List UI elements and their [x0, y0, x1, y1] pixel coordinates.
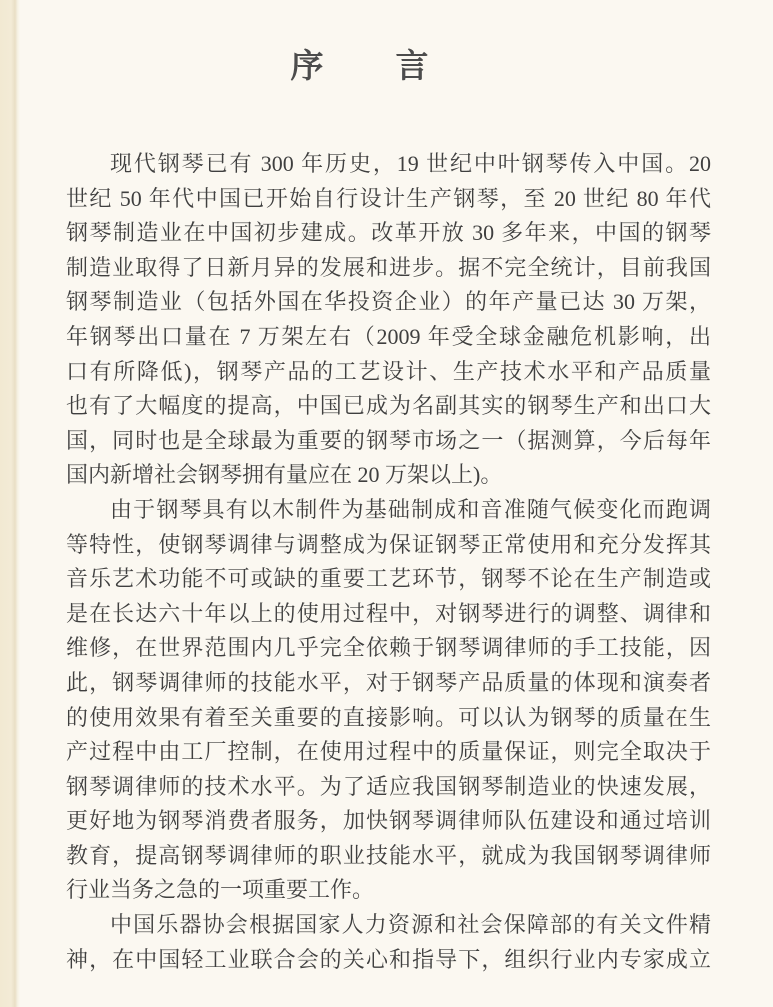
text-line: 国内新增社会钢琴拥有量应在 20 万架以上)。	[66, 458, 711, 493]
text-line: 现代钢琴已有 300 年历史，19 世纪中叶钢琴传入中国。20	[66, 147, 711, 182]
text-line: 也有了大幅度的提高，中国已成为名副其实的钢琴生产和出口大	[66, 389, 711, 424]
text-line: 此，钢琴调律师的技能水平，对于钢琴产品质量的体现和演奏者	[66, 666, 711, 701]
text-line: 教育，提高钢琴调律师的职业技能水平，就成为我国钢琴调律师	[66, 839, 711, 874]
text-line: 等特性，使钢琴调律与调整成为保证钢琴正常使用和充分发挥其	[66, 528, 711, 563]
text-line: 行业当务之急的一项重要工作。	[66, 873, 711, 908]
text-line: 年钢琴出口量在 7 万架左右（2009 年受全球金融危机影响，出	[66, 320, 711, 355]
text-line: 神，在中国轻工业联合会的关心和指导下，组织行业内专家成立	[66, 943, 711, 978]
text-line: 音乐艺术功能不可或缺的重要工艺环节，钢琴不论在生产制造或	[66, 562, 711, 597]
text-line: 的使用效果有着至关重要的直接影响。可以认为钢琴的质量在生	[66, 701, 711, 736]
scanned-book-page: 序 言 现代钢琴已有 300 年历史，19 世纪中叶钢琴传入中国。20 世纪 5…	[0, 0, 773, 1007]
page-binding-edge	[0, 0, 20, 1007]
text-line: 钢琴制造业在中国初步建成。改革开放 30 多年来，中国的钢琴	[66, 216, 711, 251]
text-line: 产过程中由工厂控制，在使用过程中的质量保证，则完全取决于	[66, 735, 711, 770]
body-text: 现代钢琴已有 300 年历史，19 世纪中叶钢琴传入中国。20 世纪 50 年代…	[66, 147, 711, 977]
text-line: 钢琴调律师的技术水平。为了适应我国钢琴制造业的快速发展，	[66, 770, 711, 805]
text-line: 由于钢琴具有以木制件为基础制成和音准随气候变化而跑调	[66, 493, 711, 528]
text-line: 制造业取得了日新月异的发展和进步。据不完全统计，目前我国	[66, 251, 711, 286]
text-line: 国，同时也是全球最为重要的钢琴市场之一（据测算，今后每年	[66, 424, 711, 459]
text-line: 钢琴制造业（包括外国在华投资企业）的年产量已达 30 万架，	[66, 285, 711, 320]
text-line: 更好地为钢琴消费者服务，加快钢琴调律师队伍建设和通过培训	[66, 804, 711, 839]
page-title: 序 言	[0, 40, 747, 87]
text-line: 是在长达六十年以上的使用过程中，对钢琴进行的调整、调律和	[66, 597, 711, 632]
text-line: 口有所降低)，钢琴产品的工艺设计、生产技术水平和产品质量	[66, 355, 711, 390]
text-line: 世纪 50 年代中国已开始自行设计生产钢琴，至 20 世纪 80 年代	[66, 182, 711, 217]
text-line: 维修，在世界范围内几乎完全依赖于钢琴调律师的手工技能，因	[66, 631, 711, 666]
text-line: 中国乐器协会根据国家人力资源和社会保障部的有关文件精	[66, 908, 711, 943]
